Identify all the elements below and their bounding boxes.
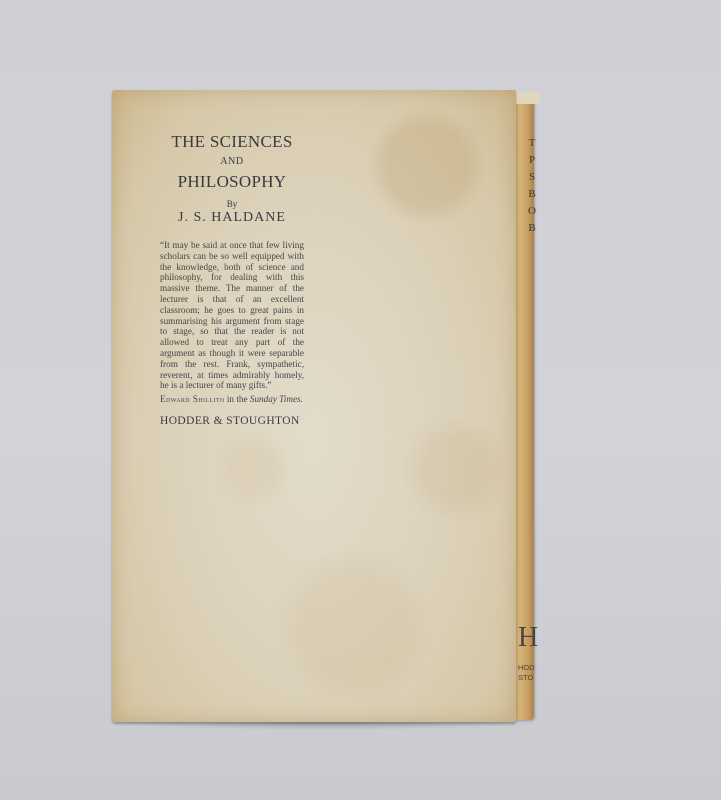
spine-title-letters: T P S B O B xyxy=(527,135,537,237)
spine-publisher-initial: H xyxy=(518,622,538,654)
review-quote: “It may be said at once that few living … xyxy=(160,240,304,391)
by-label: By xyxy=(160,198,304,210)
publisher-name: HODDER & STOUGHTON xyxy=(160,415,304,427)
title-line-2: AND xyxy=(160,152,304,172)
title-line-3: PHILOSOPHY xyxy=(160,172,304,192)
cover-text-block: THE SCIENCES AND PHILOSOPHY By J. S. HAL… xyxy=(160,132,304,427)
spine-publisher: HOD STO xyxy=(518,663,536,683)
spine-publisher-line-2: STO xyxy=(518,673,536,683)
attribution-name: Edward Shillito xyxy=(160,394,225,404)
title-line-1: THE SCIENCES xyxy=(160,132,304,152)
quote-attribution: Edward Shillito in the Sunday Times. xyxy=(160,394,304,405)
spine-publisher-line-1: HOD xyxy=(518,663,536,673)
attribution-mid: in the xyxy=(225,394,250,404)
author-name: J. S. HALDANE xyxy=(160,210,304,226)
attribution-source: Sunday Times. xyxy=(250,394,303,404)
